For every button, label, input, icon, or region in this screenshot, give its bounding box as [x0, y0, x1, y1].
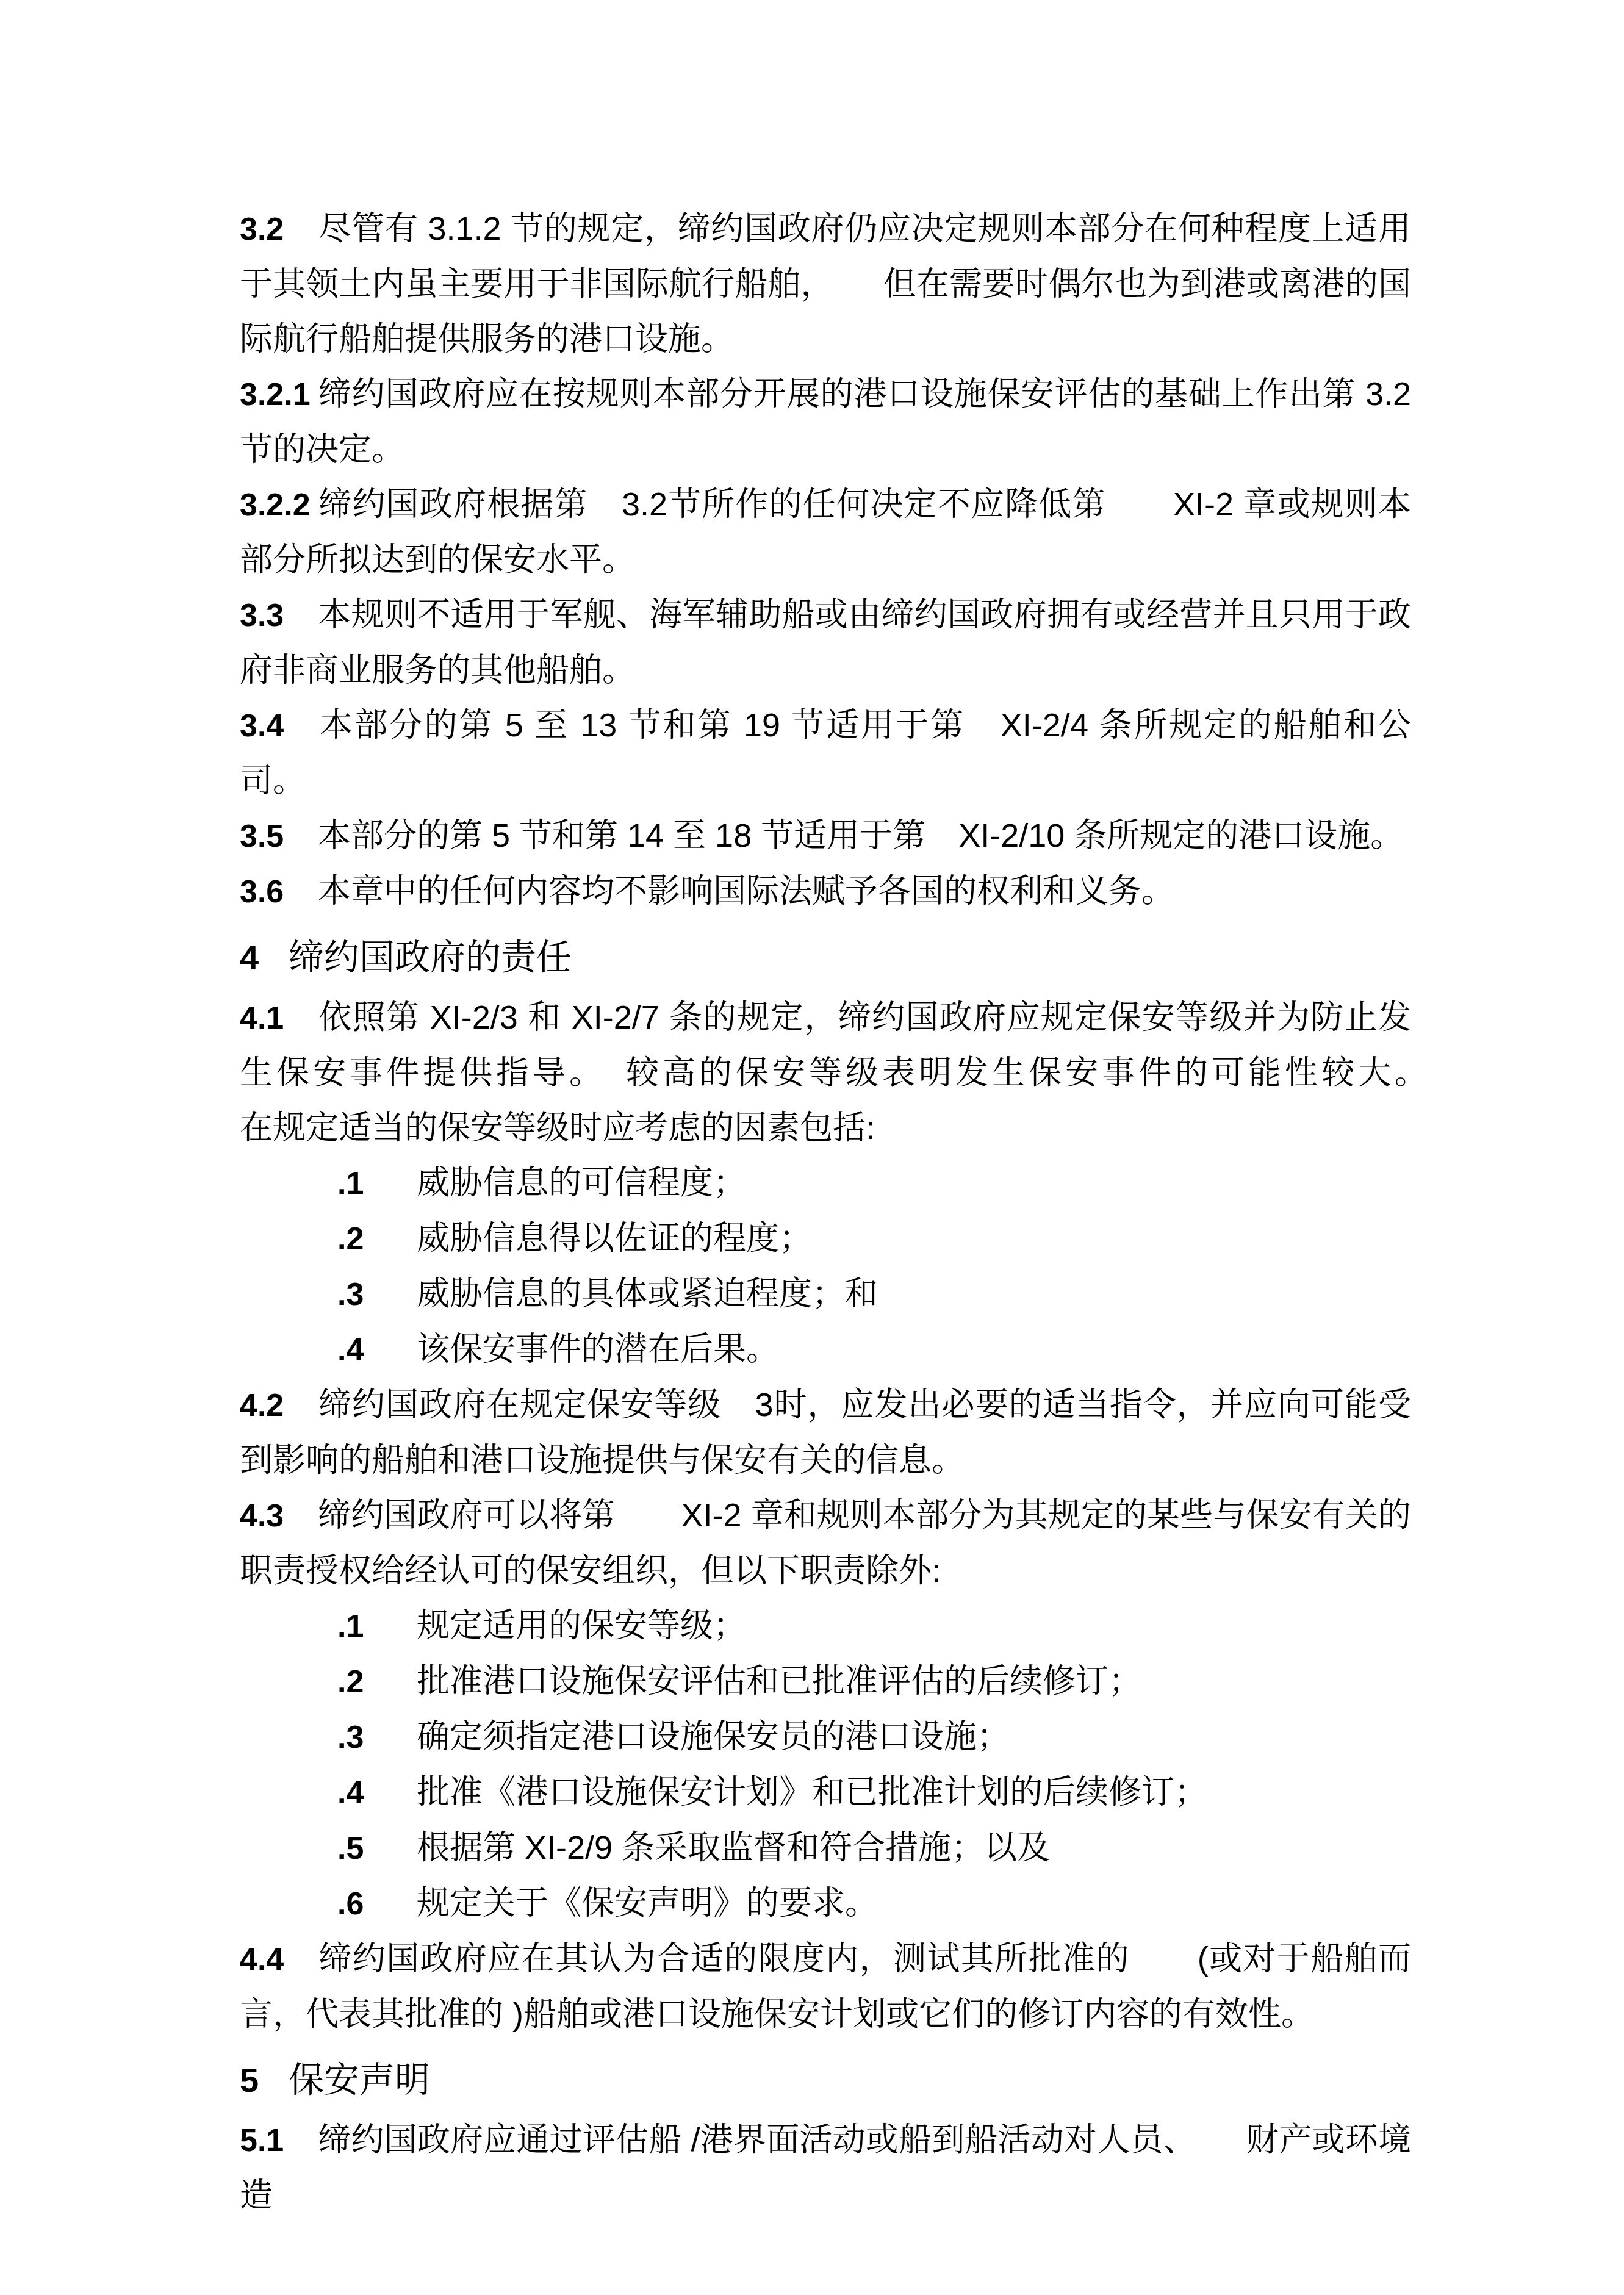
body-text: 威胁信息的可信程度； [417, 1165, 746, 1201]
section-number: 4.4 [240, 1932, 318, 1987]
list-item: .2批准港口设施保安评估和已批准评估的后续修订； [337, 1654, 1411, 1709]
section-number: 4 [240, 930, 289, 985]
body-text: 依照第 XI-2/3 和 XI-2/7 条的规定，缔约国政府应规定保安等级并为防… [240, 999, 1510, 1146]
paragraph: 3.3本规则不适用于军舰、海军辅助船或由缔约国政府拥有或经营并且只用于政府非商业… [240, 587, 1411, 698]
section-heading: 4缔约国政府的责任 [240, 930, 1411, 985]
list-item: .1规定适用的保安等级； [337, 1598, 1411, 1654]
list-item-number: .3 [337, 1710, 417, 1765]
body-text: 缔约国政府应通过评估船 /港界面活动或船到船活动对人员、 财产或环境造 [240, 2122, 1411, 2214]
body-text: 规定关于《保安声明》的要求。 [417, 1885, 878, 1922]
body-text: 规定适用的保安等级； [417, 1607, 746, 1644]
body-text: 本规则不适用于军舰、海军辅助船或由缔约国政府拥有或经营并且只用于政府非商业服务的… [240, 597, 1411, 689]
paragraph: 3.2尽管有 3.1.2 节的规定，缔约国政府仍应决定规则本部分在何种程度上适用… [240, 201, 1411, 367]
body-text: 批准《港口设施保安计划》和已批准计划的后续修订； [417, 1774, 1207, 1811]
list-item-number: .4 [337, 1323, 417, 1377]
section-number: 3.4 [240, 699, 318, 753]
body-text: 本部分的第 5 至 13 节和第 19 节适用于第 XI-2/4 条所规定的船舶… [240, 707, 1411, 799]
body-text: 确定须指定港口设施保安员的港口设施； [417, 1719, 1010, 1755]
section-number: 3.5 [240, 809, 318, 864]
body-text: 本部分的第 5 节和第 14 至 18 节适用于第 XI-2/10 条所规定的港… [318, 817, 1403, 854]
list-item: .3威胁信息的具体或紧迫程度；和 [337, 1266, 1411, 1322]
body-text: 缔约国政府在规定保安等级 3时，应发出必要的适当指令，并应向可能受到影响的船舶和… [240, 1387, 1411, 1479]
list-item: .4该保安事件的潜在后果。 [337, 1322, 1411, 1377]
list-item: .5根据第 XI-2/9 条采取监督和符合措施；以及 [337, 1820, 1411, 1876]
body-text: 缔约国政府应在按规则本部分开展的港口设施保安评估的基础上作出第 3.2 节的决定… [240, 376, 1411, 468]
body-text: 缔约国政府应在其认为合适的限度内，测试其所批准的 (或对于船舶而言，代表其批准的… [240, 1941, 1411, 2033]
list-item-number: .1 [337, 1156, 417, 1211]
heading-text: 保安声明 [289, 2060, 430, 2100]
body-text: 威胁信息得以佐证的程度； [417, 1220, 812, 1257]
list-item-number: .1 [337, 1599, 417, 1654]
list-item-number: .2 [337, 1212, 417, 1266]
document-body: 3.2尽管有 3.1.2 节的规定，缔约国政府仍应决定规则本部分在何种程度上适用… [240, 201, 1411, 2223]
section-number: 3.2.2 [240, 478, 318, 533]
paragraph: 4.1依照第 XI-2/3 和 XI-2/7 条的规定，缔约国政府应规定保安等级… [240, 990, 1411, 1155]
body-text: 缔约国政府根据第 3.2节所作的任何决定不应降低第 XI-2 章或规则本部分所拟… [240, 486, 1411, 578]
section-heading: 5保安声明 [240, 2053, 1411, 2108]
section-number: 3.6 [240, 864, 318, 919]
list-item: .3确定须指定港口设施保安员的港口设施； [337, 1709, 1411, 1765]
body-text: 批准港口设施保安评估和已批准评估的后续修订； [417, 1663, 1141, 1700]
paragraph: 3.4本部分的第 5 至 13 节和第 19 节适用于第 XI-2/4 条所规定… [240, 698, 1411, 808]
paragraph: 3.5本部分的第 5 节和第 14 至 18 节适用于第 XI-2/10 条所规… [240, 808, 1411, 864]
section-number: 5 [240, 2053, 289, 2108]
section-number: 4.3 [240, 1489, 318, 1543]
body-text: 本章中的任何内容均不影响国际法赋予各国的权利和义务。 [318, 873, 1174, 910]
paragraph: 3.6本章中的任何内容均不影响国际法赋予各国的权利和义务。 [240, 864, 1411, 919]
list-item: .2威胁信息得以佐证的程度； [337, 1211, 1411, 1266]
heading-text: 缔约国政府的责任 [289, 938, 572, 977]
body-text: 威胁信息的具体或紧迫程度；和 [417, 1276, 878, 1312]
section-number: 3.2 [240, 202, 318, 257]
paragraph: 3.2.1缔约国政府应在按规则本部分开展的港口设施保安评估的基础上作出第 3.2… [240, 367, 1411, 477]
list-item-number: .2 [337, 1654, 417, 1709]
section-number: 3.2.1 [240, 367, 318, 422]
list-item: .4批准《港口设施保安计划》和已批准计划的后续修订； [337, 1765, 1411, 1820]
list-item-number: .3 [337, 1267, 417, 1322]
list-item-number: .6 [337, 1877, 417, 1931]
document-page: 3.2尽管有 3.1.2 节的规定，缔约国政府仍应决定规则本部分在何种程度上适用… [0, 0, 1624, 2295]
section-number: 4.2 [240, 1378, 318, 1433]
paragraph: 4.4缔约国政府应在其认为合适的限度内，测试其所批准的 (或对于船舶而言，代表其… [240, 1931, 1411, 2042]
section-number: 4.1 [240, 991, 318, 1046]
body-text: 根据第 XI-2/9 条采取监督和符合措施；以及 [417, 1830, 1050, 1866]
body-text: 缔约国政府可以将第 XI-2 章和规则本部分为其规定的某些与保安有关的职责授权给… [240, 1497, 1411, 1589]
body-text: 该保安事件的潜在后果。 [417, 1331, 779, 1368]
paragraph: 4.3缔约国政府可以将第 XI-2 章和规则本部分为其规定的某些与保安有关的职责… [240, 1488, 1411, 1598]
list-item: .1威胁信息的可信程度； [337, 1155, 1411, 1211]
list-item: .6规定关于《保安声明》的要求。 [337, 1876, 1411, 1931]
section-number: 5.1 [240, 2113, 318, 2168]
list-item-number: .5 [337, 1821, 417, 1876]
section-number: 3.3 [240, 588, 318, 643]
paragraph: 3.2.2缔约国政府根据第 3.2节所作的任何决定不应降低第 XI-2 章或规则… [240, 477, 1411, 587]
list-item-number: .4 [337, 1765, 417, 1820]
paragraph: 4.2缔约国政府在规定保安等级 3时，应发出必要的适当指令，并应向可能受到影响的… [240, 1377, 1411, 1488]
body-text: 尽管有 3.1.2 节的规定，缔约国政府仍应决定规则本部分在何种程度上适用于其领… [240, 210, 1411, 357]
paragraph: 5.1缔约国政府应通过评估船 /港界面活动或船到船活动对人员、 财产或环境造 [240, 2113, 1411, 2223]
